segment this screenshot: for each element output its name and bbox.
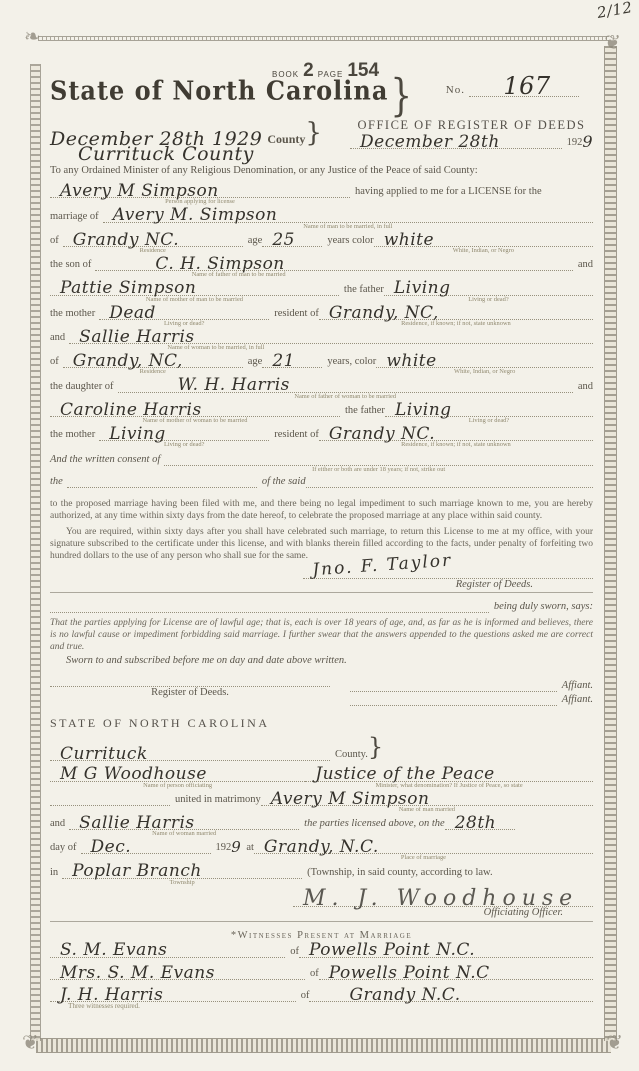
living-dead-caption: Living or dead? <box>164 320 204 327</box>
office-date-blank: December 28th <box>350 135 562 149</box>
certificate-officiant-line: M G Woodhouse Name of person officiating… <box>50 767 593 781</box>
form-line-groom-mother: Pattie Simpson Name of mother of man to … <box>50 281 593 295</box>
woman-married-handwritten: Sallie Harris <box>69 816 299 831</box>
register-line-block: Register of Deeds. <box>50 680 350 706</box>
bride-color-caption: White, Indian, or Negro <box>454 368 515 375</box>
license-number-value: 167 <box>469 76 579 98</box>
header-date-row: December 28th 1929 County } Currituck Co… <box>50 118 593 163</box>
witness-row: S. M. Evans of Powells Point N.C. <box>50 943 593 957</box>
certificate-date-place-line: day of Dec. 192 9 at Grandy, N.C. Place … <box>50 840 593 854</box>
witness-name-handwritten: Mrs. S. M. Evans <box>50 966 305 981</box>
of-label: of <box>50 356 63 368</box>
marriage-day-handwritten: 28th <box>445 816 515 831</box>
groom-age-handwritten: 25 <box>262 233 322 248</box>
register-signature-block: Jno. F. Taylor <box>50 564 593 578</box>
the-mother-label: the mother <box>50 308 99 320</box>
county-name-handwritten: Currituck County <box>78 146 350 163</box>
affidavit-paragraph: That the parties applying for License ar… <box>50 617 593 653</box>
marriage-place-blank: Grandy, N.C. Place of marriage <box>254 840 593 854</box>
bride-father-handwritten: W. H. Harris <box>118 378 573 393</box>
register-office-block: OFFICE OF REGISTER OF DEEDS December 28t… <box>350 118 593 163</box>
officiant-name-blank: M G Woodhouse Name of person officiating <box>50 767 305 781</box>
resident-of-label: resident of <box>269 308 319 320</box>
groom-residence-caption: Residence <box>140 247 166 254</box>
groom-parents-residence-blank: Grandy, NC, Residence, if known; if not,… <box>319 306 593 320</box>
of-label: of <box>305 968 319 980</box>
officiant-signature-handwritten: M. J. Woodhouse <box>293 889 593 909</box>
affiant-label: Affiant. <box>557 680 593 692</box>
day-of-label: day of <box>50 842 81 854</box>
certificate-county-line: Currituck County. } <box>50 733 593 761</box>
salutation-text: To any Ordained Minister of any Religiou… <box>50 165 593 176</box>
officiant-signature-block: M. J. Woodhouse <box>50 889 593 908</box>
form-line-bride-mother: Caroline Harris Name of mother of woman … <box>50 403 593 417</box>
applied-text: having applied to me for a LICENSE for t… <box>350 186 542 198</box>
bride-father-status-handwritten: Living <box>385 403 593 418</box>
witness-name-blank: S. M. Evans <box>50 943 285 957</box>
officiant-title-handwritten: Justice of the Peace <box>305 767 593 782</box>
bride-color-blank: white White, Indian, or Negro <box>376 354 593 368</box>
groom-color-handwritten: white <box>374 233 593 248</box>
year-suffix-handwritten: 9 <box>582 135 593 149</box>
man-married-caption: Name of man married <box>399 806 455 813</box>
bride-parents-residence-handwritten: Grandy NC. <box>319 427 593 442</box>
sworn-says-line: being duly sworn, says: <box>50 601 593 613</box>
register-affiant-row: Register of Deeds. Affiant. Affiant. <box>50 680 593 706</box>
officiant-title-blank: Justice of the Peace Minister, what deno… <box>305 767 593 781</box>
marriage-of-label: marriage of <box>50 211 103 223</box>
township-caption: Township <box>170 879 195 886</box>
office-heading: OFFICE OF REGISTER OF DEEDS <box>350 118 593 133</box>
witness-place-handwritten: Powells Point N.C <box>319 966 593 981</box>
marriage-place-caption: Place of marriage <box>401 854 446 861</box>
the-father-label: the father <box>339 284 384 296</box>
bride-father-blank: W. H. Harris Name of father of woman to … <box>118 378 573 392</box>
groom-age-blank: 25 <box>262 233 322 247</box>
groom-father-status-handwritten: Living <box>384 281 593 296</box>
man-married-handwritten: Avery M Simpson <box>261 792 593 807</box>
age-label: age <box>243 356 263 368</box>
groom-father-handwritten: C. H. Simpson <box>95 257 572 272</box>
form-line-bride-father: the daughter of W. H. Harris Name of fat… <box>50 378 593 392</box>
consent-blank: If either or both are under 18 years; if… <box>164 451 593 465</box>
groom-name-caption: Name of man to be married, in full <box>303 223 392 230</box>
affiant-label-2: Affiant. <box>557 694 593 706</box>
daughter-of-label: the daughter of <box>50 381 118 393</box>
groom-father-caption: Name of father of man to be married <box>192 271 286 278</box>
consent-label: And the written consent of <box>50 454 164 466</box>
years-color-label: years color <box>322 235 373 247</box>
page-corner-annotation: 2/12 <box>596 1 633 20</box>
said-blank <box>306 479 593 488</box>
officiant-title-caption: Minister, what denomination? If Justice … <box>376 782 523 789</box>
section-divider <box>50 592 593 593</box>
marriage-day-blank: 28th <box>445 816 515 830</box>
united-label: united in matrimony <box>170 794 261 806</box>
applicant-blank: Avery M Simpson Person applying for lice… <box>50 184 350 198</box>
man-married-blank: Avery M Simpson Name of man married <box>261 792 593 806</box>
age-label: age <box>243 235 263 247</box>
bride-age-handwritten: 21 <box>262 354 322 369</box>
and-label: and <box>50 332 69 344</box>
title-brace: } <box>390 70 412 122</box>
groom-mother-status-blank: Dead Living or dead? <box>99 306 269 320</box>
register-of-deeds-label: Register of Deeds. <box>50 579 593 590</box>
marriage-place-handwritten: Grandy, N.C. <box>254 840 593 855</box>
bride-age-blank: 21 <box>262 354 322 368</box>
groom-name-handwritten: Avery M. Simpson <box>103 208 593 223</box>
applicant-name-handwritten: Avery M Simpson <box>50 184 350 199</box>
the-label: the <box>50 476 67 488</box>
witness-name-handwritten: S. M. Evans <box>50 943 285 958</box>
bride-mother-blank: Caroline Harris Name of mother of woman … <box>50 403 340 417</box>
county-date-block: December 28th 1929 County } Currituck Co… <box>50 118 350 163</box>
certificate-woman-line: and Sallie Harris Name of woman married … <box>50 816 593 830</box>
form-line-the-of-said: the of the said <box>50 476 593 488</box>
border-bottom <box>36 1038 611 1053</box>
register-label: Register of Deeds. <box>50 687 330 698</box>
license-number-blank: 167 <box>469 76 579 97</box>
bride-mother-status-blank: Living Living or dead? <box>99 427 269 441</box>
sworn-says-label: being duly sworn, says: <box>489 601 593 613</box>
header-title-row: State of North Carolina } No. 167 <box>50 76 593 116</box>
witness-row: J. H. Harris Three witnesses required. o… <box>50 988 593 1002</box>
section-divider <box>50 921 593 922</box>
woman-married-blank: Sallie Harris Name of woman married <box>69 816 299 830</box>
border-left <box>30 64 41 1041</box>
groom-residence-blank: Grandy NC. Residence <box>63 233 243 247</box>
scanned-document-page: ❧ ❦ ❦ ❦ 2/12 BOOK 2 PAGE 154 State of No… <box>0 0 639 1071</box>
groom-father-status-blank: Living Living or dead? <box>384 281 593 295</box>
consent-caption: If either or both are under 18 years; if… <box>312 466 445 473</box>
authorization-paragraph: to the proposed marriage having been fil… <box>50 498 593 522</box>
groom-parents-residence-handwritten: Grandy, NC, <box>319 306 593 321</box>
affiant-lines-block: Affiant. Affiant. <box>350 680 593 706</box>
the-father-label: the father <box>340 405 385 417</box>
form-line-consent: And the written consent of If either or … <box>50 451 593 465</box>
certificate-state-heading: STATE OF NORTH CAROLINA <box>50 716 593 731</box>
bride-residence-caption: Residence <box>140 368 166 375</box>
witness-name-handwritten: J. H. Harris <box>50 988 296 1003</box>
in-label: in <box>50 867 62 879</box>
township-handwritten: Poplar Branch <box>62 864 302 879</box>
form-line-groom-mother-status: the mother Dead Living or dead? resident… <box>50 306 593 320</box>
bride-mother-status-handwritten: Living <box>99 427 269 442</box>
groom-mother-status-handwritten: Dead <box>99 306 269 321</box>
bride-mother-handwritten: Caroline Harris <box>50 403 340 418</box>
corner-flourish-icon: ❧ <box>24 24 41 49</box>
document-title: State of North Carolina <box>50 75 388 106</box>
bride-residence-handwritten: Grandy, NC, <box>63 354 243 369</box>
witness-name-blank: J. H. Harris Three witnesses required. <box>50 988 296 1002</box>
relation-blank <box>67 479 257 488</box>
no-label: No. <box>446 84 469 97</box>
witness-place-blank: Powells Point N.C. <box>299 943 593 957</box>
bride-parents-residence-blank: Grandy NC. Residence, if known; if not, … <box>319 427 593 441</box>
witness-row: Mrs. S. M. Evans of Powells Point N.C <box>50 966 593 980</box>
township-blank: Poplar Branch Township <box>62 864 302 878</box>
form-line-applicant: Avery M Simpson Person applying for lice… <box>50 184 593 198</box>
witness-place-handwritten: Powells Point N.C. <box>299 943 593 958</box>
applicant-caption: Person applying for license <box>165 198 235 205</box>
residence-unknown-caption: Residence, if known; if not, state unkno… <box>401 320 511 327</box>
of-label: of <box>50 235 63 247</box>
affiant-name-blank <box>50 604 489 613</box>
living-dead-caption: Living or dead? <box>468 296 508 303</box>
witness-place-handwritten: Grandy N.C. <box>309 988 593 1003</box>
license-number-block: No. 167 <box>446 76 593 97</box>
year-prefix: 192 <box>562 137 583 149</box>
certificate-year-suffix-handwritten: 9 <box>231 841 241 855</box>
corner-flourish-icon: ❦ <box>22 1030 39 1055</box>
witnesses-note: Three witnesses required. <box>68 1002 140 1010</box>
united-pre-blank <box>50 798 170 806</box>
groom-mother-handwritten: Pattie Simpson <box>50 281 339 296</box>
certificate-township-line: in Poplar Branch Township (Township, in … <box>50 864 593 878</box>
and-label: and <box>573 259 593 271</box>
resident-of-label: resident of <box>269 429 319 441</box>
residence-unknown-caption: Residence, if known; if not, state unkno… <box>401 441 511 448</box>
of-the-said-label: of the said <box>257 476 306 488</box>
form-line-groom-name: marriage of Avery M. Simpson Name of man… <box>50 208 593 222</box>
certificate-united-line: united in matrimony Avery M Simpson Name… <box>50 792 593 806</box>
son-of-label: the son of <box>50 259 95 271</box>
bride-name-blank: Sallie Harris Name of woman to be marrie… <box>69 330 593 344</box>
witness-place-blank: Grandy N.C. <box>309 988 593 1002</box>
marriage-month-handwritten: Dec. <box>81 840 211 855</box>
register-signature-blank: Jno. F. Taylor <box>303 564 593 578</box>
corner-flourish-icon: ❦ <box>606 1030 623 1055</box>
witness-name-blank: Mrs. S. M. Evans <box>50 966 305 980</box>
and-label: and <box>573 381 593 393</box>
certificate-year-prefix: 192 <box>211 842 232 854</box>
officiant-name-handwritten: M G Woodhouse <box>50 767 305 782</box>
form-line-bride-name: and Sallie Harris Name of woman to be ma… <box>50 330 593 344</box>
certificate-county-handwritten: Currituck <box>50 747 330 762</box>
office-date-handwritten: December 28th <box>350 135 562 150</box>
groom-mother-caption: Name of mother of man to be married <box>146 296 243 303</box>
officiant-name-caption: Name of person officiating <box>143 782 212 789</box>
corner-flourish-icon: ❦ <box>604 30 621 55</box>
witness-place-blank: Powells Point N.C <box>319 966 593 980</box>
groom-color-caption: White, Indian, or Negro <box>453 247 514 254</box>
bride-name-handwritten: Sallie Harris <box>69 330 593 345</box>
bride-mother-caption: Name of mother of woman to be married <box>143 417 248 424</box>
groom-father-blank: C. H. Simpson Name of father of man to b… <box>95 257 572 271</box>
bride-residence-blank: Grandy, NC, Residence <box>63 354 243 368</box>
of-label: of <box>296 990 310 1002</box>
bride-father-caption: Name of father of woman to be married <box>294 393 396 400</box>
living-dead-caption: Living or dead? <box>164 441 204 448</box>
document-content: BOOK 2 PAGE 154 State of North Carolina … <box>50 54 593 1002</box>
groom-color-blank: white White, Indian, or Negro <box>374 233 593 247</box>
bride-father-status-blank: Living Living or dead? <box>385 403 593 417</box>
groom-residence-handwritten: Grandy NC. <box>63 233 243 248</box>
of-label: of <box>285 946 299 958</box>
certificate-county-label: County. <box>330 749 368 761</box>
woman-married-caption: Name of woman married <box>152 830 216 837</box>
sworn-before-text: Sworn to and subscribed before me on day… <box>50 655 593 666</box>
and-label: and <box>50 818 69 830</box>
at-label: at <box>241 842 254 854</box>
form-line-bride-mother-status: the mother Living Living or dead? reside… <box>50 427 593 441</box>
certificate-county-blank: Currituck <box>50 747 330 761</box>
bride-name-caption: Name of woman to be married, in full <box>167 344 264 351</box>
groom-mother-blank: Pattie Simpson Name of mother of man to … <box>50 281 339 295</box>
living-dead-caption: Living or dead? <box>469 417 509 424</box>
border-right <box>604 46 617 1041</box>
bride-color-handwritten: white <box>376 354 593 369</box>
county-label: County <box>262 132 305 148</box>
marriage-month-blank: Dec. <box>81 840 211 854</box>
officiant-signature-blank: M. J. Woodhouse <box>293 889 593 908</box>
county-brace: } <box>305 118 322 148</box>
groom-name-blank: Avery M. Simpson Name of man to be marri… <box>103 208 593 222</box>
border-top <box>38 36 609 41</box>
the-mother-label: the mother <box>50 429 99 441</box>
form-line-groom-father: the son of C. H. Simpson Name of father … <box>50 257 593 271</box>
licensed-above-label: the parties licensed above, on the <box>299 818 445 830</box>
township-suffix-text: (Township, in said county, according to … <box>302 867 492 879</box>
years-color-label: years, color <box>322 356 376 368</box>
form-line-bride-residence: of Grandy, NC, Residence age 21 years, c… <box>50 354 593 368</box>
certificate-county-brace: } <box>368 733 383 761</box>
form-line-groom-residence: of Grandy NC. Residence age 25 years col… <box>50 233 593 247</box>
